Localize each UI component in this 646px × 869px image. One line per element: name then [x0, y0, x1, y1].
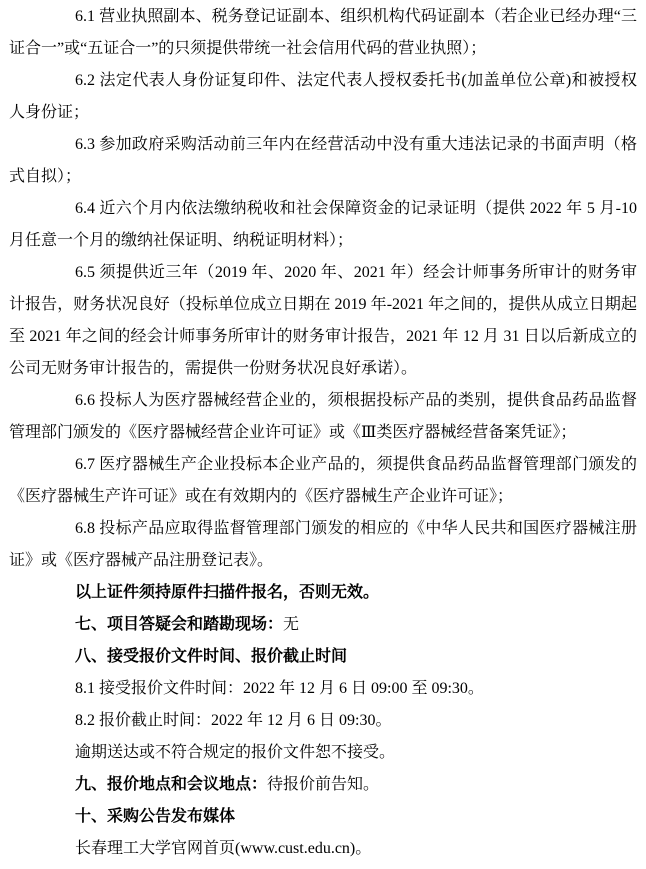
text-run: 逾期送达或不符合规定的报价文件恕不接受。 — [75, 744, 395, 761]
text-run: 6.1 营业执照副本、税务登记证副本、组织机构代码证副本（若企业已经办理“三证合… — [9, 8, 637, 57]
paragraph: 6.7 医疗器械生产企业投标本企业产品的，须提供食品药品监督管理部门颁发的《医疗… — [9, 449, 637, 513]
text-run: 长春理工大学官网首页(www.cust.edu.cn)。 — [75, 840, 371, 857]
text-run: 待报价前告知。 — [267, 776, 379, 793]
paragraph: 以上证件须持原件扫描件报名，否则无效。 — [9, 577, 637, 609]
text-run: 以上证件须持原件扫描件报名，否则无效。 — [75, 584, 379, 601]
text-run: 无 — [283, 616, 299, 633]
paragraph: 6.4 近六个月内依法缴纳税收和社会保障资金的记录证明（提供 2022 年 5 … — [9, 193, 637, 257]
document-body: 6.1 营业执照副本、税务登记证副本、组织机构代码证副本（若企业已经办理“三证合… — [9, 1, 637, 865]
text-run: 8.2 报价截止时间：2022 年 12 月 6 日 09:30。 — [75, 712, 391, 729]
text-run: 九、报价地点和会议地点： — [75, 776, 267, 793]
paragraph: 九、报价地点和会议地点：待报价前告知。 — [9, 769, 637, 801]
text-run: 十、采购公告发布媒体 — [75, 808, 235, 825]
paragraph: 8.2 报价截止时间：2022 年 12 月 6 日 09:30。 — [9, 705, 637, 737]
text-run: 6.6 投标人为医疗器械经营企业的，须根据投标产品的类别，提供食品药品监督管理部… — [9, 392, 637, 441]
paragraph: 6.2 法定代表人身份证复印件、法定代表人授权委托书(加盖单位公章)和被授权人身… — [9, 65, 637, 129]
text-run: 6.5 须提供近三年（2019 年、2020 年、2021 年）经会计师事务所审… — [9, 264, 637, 377]
paragraph: 七、项目答疑会和踏勘现场：无 — [9, 609, 637, 641]
paragraph: 6.8 投标产品应取得监督管理部门颁发的相应的《中华人民共和国医疗器械注册证》或… — [9, 513, 637, 577]
text-run: 6.3 参加政府采购活动前三年内在经营活动中没有重大违法记录的书面声明（格式自拟… — [9, 136, 637, 185]
paragraph: 8.1 接受报价文件时间：2022 年 12 月 6 日 09:00 至 09:… — [9, 673, 637, 705]
text-run: 七、项目答疑会和踏勘现场： — [75, 616, 283, 633]
document-page: 6.1 营业执照副本、税务登记证副本、组织机构代码证副本（若企业已经办理“三证合… — [0, 0, 646, 869]
text-run: 6.2 法定代表人身份证复印件、法定代表人授权委托书(加盖单位公章)和被授权人身… — [9, 72, 637, 121]
paragraph: 逾期送达或不符合规定的报价文件恕不接受。 — [9, 737, 637, 769]
paragraph: 6.3 参加政府采购活动前三年内在经营活动中没有重大违法记录的书面声明（格式自拟… — [9, 129, 637, 193]
text-run: 八、接受报价文件时间、报价截止时间 — [75, 648, 347, 665]
paragraph: 八、接受报价文件时间、报价截止时间 — [9, 641, 637, 673]
paragraph: 十、采购公告发布媒体 — [9, 801, 637, 833]
text-run: 8.1 接受报价文件时间：2022 年 12 月 6 日 09:00 至 09:… — [75, 680, 484, 697]
text-run: 6.8 投标产品应取得监督管理部门颁发的相应的《中华人民共和国医疗器械注册证》或… — [9, 520, 637, 569]
paragraph: 6.6 投标人为医疗器械经营企业的，须根据投标产品的类别，提供食品药品监督管理部… — [9, 385, 637, 449]
text-run: 6.7 医疗器械生产企业投标本企业产品的，须提供食品药品监督管理部门颁发的《医疗… — [9, 456, 637, 505]
paragraph: 6.1 营业执照副本、税务登记证副本、组织机构代码证副本（若企业已经办理“三证合… — [9, 1, 637, 65]
paragraph: 长春理工大学官网首页(www.cust.edu.cn)。 — [9, 833, 637, 865]
paragraph: 6.5 须提供近三年（2019 年、2020 年、2021 年）经会计师事务所审… — [9, 257, 637, 385]
text-run: 6.4 近六个月内依法缴纳税收和社会保障资金的记录证明（提供 2022 年 5 … — [9, 200, 637, 249]
